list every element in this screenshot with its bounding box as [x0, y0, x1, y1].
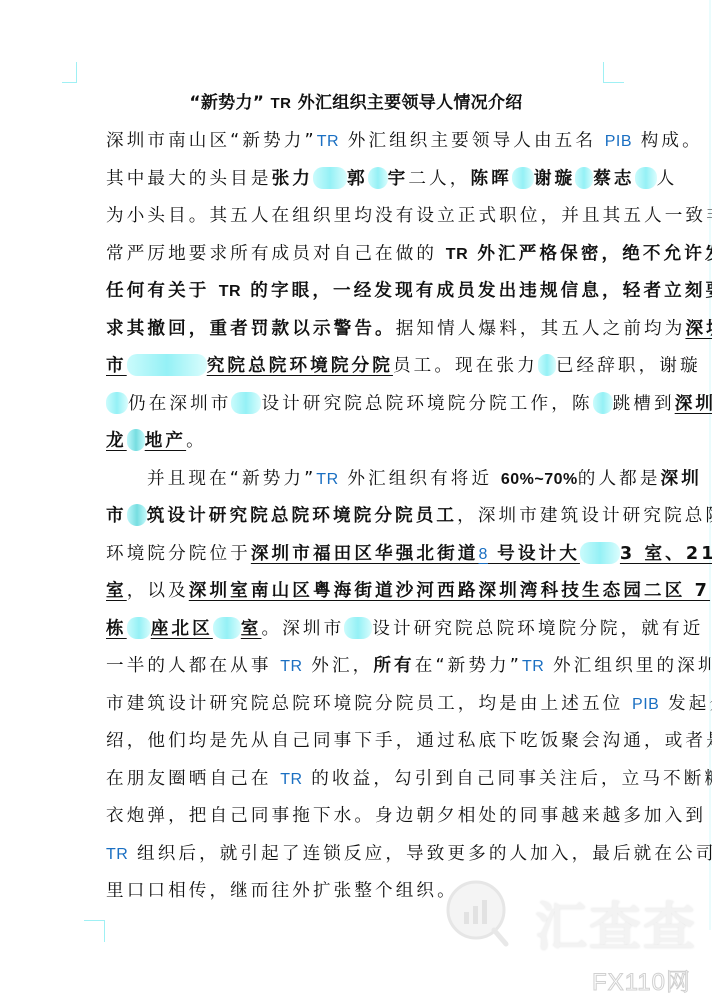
text-line: 常严厉地要求所有成员对自己在做的 TR 外汇严格保密，绝不允许发	[106, 236, 606, 274]
text-segment: 深圳市福田区华强北街道	[251, 544, 479, 564]
text-line: 龙地产。	[106, 423, 606, 461]
text-line: 为小头目。其五人在组织里均没有设立正式职位，并且其五人一致非	[106, 198, 606, 236]
text-segment: 深圳市南山区“新势力”	[106, 131, 317, 151]
text-segment: 在朋友圈晒自己在	[106, 769, 280, 789]
text-segment: 究院总院环境院分院	[207, 356, 393, 376]
text-segment: 室	[106, 581, 127, 601]
text-segment: 构成。	[632, 131, 703, 151]
text-segment: 设计研究院总院环境院分院，就有近	[372, 619, 703, 639]
text-segment: 市建筑设计研究院总院环境院分院员工，均是由上述五位	[106, 694, 632, 714]
text-segment: 组织后，就引起了连锁反应，导致更多的人加入，最后就在公司	[128, 844, 712, 864]
redaction-blur	[127, 429, 145, 451]
text-segment: 人	[657, 169, 678, 189]
redaction-blur	[106, 392, 128, 414]
text-segment: 里口口相传，继而往外扩张整个组织。	[106, 881, 458, 901]
text-segment: 市	[106, 506, 127, 526]
text-segment: 地产	[145, 431, 186, 451]
text-segment: 求其撤回，重者罚款以示警告。	[106, 319, 396, 339]
text-segment: 龙	[106, 431, 127, 451]
text-segment: 所有	[373, 656, 414, 676]
text-segment: 外汇组织有将近	[339, 469, 501, 489]
text-line: 深圳市南山区“新势力”TR 外汇组织主要领导人由五名 PIB 构成。	[106, 123, 606, 161]
text-segment: 市	[106, 356, 127, 376]
text-segment: 员工。现在张力	[393, 356, 538, 376]
text-segment: 陈晖	[470, 169, 511, 189]
redaction-blur	[635, 167, 657, 189]
latin-term: TR	[219, 283, 241, 300]
margin-corner-top-left	[62, 62, 77, 83]
text-segment: ，深圳市建筑设计研究院总院	[457, 506, 712, 526]
text-segment: 深圳室南山区粤海街道沙河西路深圳湾科技生态园二区 7	[189, 581, 710, 601]
text-line: 仍在深圳市设计研究院总院环境院分院工作，陈跳槽到深圳	[106, 386, 606, 424]
latin-term: TR	[106, 846, 128, 863]
text-segment: 的收益，勾引到自己同事关注后，立马不断糖	[303, 769, 712, 789]
text-segment: 张力	[272, 169, 313, 189]
text-segment: 栋	[106, 619, 127, 639]
text-segment: 深圳	[675, 394, 712, 414]
text-line: 室，以及深圳室南山区粤海街道沙河西路深圳湾科技生态园二区 7	[106, 573, 606, 611]
text-segment: 发起介	[659, 694, 712, 714]
paragraph-1: 深圳市南山区“新势力”TR 外汇组织主要领导人由五名 PIB 构成。其中最大的头…	[106, 123, 606, 461]
latin-term: TR	[317, 133, 339, 150]
latin-term: TR	[522, 658, 544, 675]
latin-term: PIB	[605, 133, 632, 150]
latin-term: 8	[479, 546, 488, 563]
text-segment: 深圳	[685, 319, 712, 339]
document-body: 深圳市南山区“新势力”TR 外汇组织主要领导人由五名 PIB 构成。其中最大的头…	[106, 123, 606, 911]
text-segment: 绍，他们均是先从自己同事下手，通过私底下吃饭聚会沟通，或者是	[106, 731, 712, 751]
text-segment: 外汇组织里的深圳	[544, 656, 712, 676]
text-segment: 任何有关于	[106, 281, 219, 301]
text-segment: 的字眼，一经发现有成员发出违规信息，轻者立刻要	[241, 281, 712, 301]
latin-term: TR	[280, 658, 302, 675]
text-segment: 衣炮弹，把自己同事拖下水。身边朝夕相处的同事越来越多加入到	[106, 806, 706, 826]
text-segment: ，以及	[127, 581, 189, 601]
redaction-blur	[213, 617, 241, 639]
text-segment: 深圳	[661, 469, 702, 489]
text-segment: 号设计大	[488, 544, 580, 564]
text-line: 市筑设计研究院总院环境院分院员工，深圳市建筑设计研究院总院	[106, 498, 606, 536]
text-segment: 二人，	[408, 169, 470, 189]
watermark-text: 汇查查	[535, 885, 697, 960]
text-segment: 的人都是	[578, 469, 661, 489]
text-segment: 在“新势力”	[415, 656, 522, 676]
text-segment: 仍在深圳市	[128, 394, 231, 414]
document-title: “新势力” TR 外汇组织主要领导人情况介绍	[0, 88, 712, 113]
latin-term: 60%~70%	[501, 471, 578, 488]
text-segment: 外汇组织主要领导人由五名	[339, 131, 605, 151]
paragraph-2: 并且现在“新势力”TR 外汇组织有将近 60%~70%的人都是深圳市筑设计研究院…	[106, 461, 606, 911]
text-segment: 为小头目。其五人在组织里均没有设立正式职位，并且其五人一致非	[106, 206, 712, 226]
text-line: 任何有关于 TR 的字眼，一经发现有成员发出违规信息，轻者立刻要	[106, 273, 606, 311]
redaction-blur	[512, 167, 534, 189]
redaction-blur	[593, 392, 613, 414]
text-segment: 。深圳市	[262, 619, 345, 639]
redaction-blur	[313, 167, 347, 189]
text-segment: 郭	[347, 169, 368, 189]
text-segment: 3 室、2108	[620, 544, 712, 564]
redaction-blur	[580, 542, 620, 564]
redaction-blur	[344, 617, 372, 639]
text-line: 一半的人都在从事 TR 外汇，所有在“新势力”TR 外汇组织里的深圳	[106, 648, 606, 686]
text-segment: 。	[186, 431, 207, 451]
latin-term: TR	[280, 771, 302, 788]
text-segment: 并且现在“新势力”	[147, 469, 316, 489]
text-line: 市究院总院环境院分院员工。现在张力已经辞职，谢璇	[106, 348, 606, 386]
text-line: 栋座北区室。深圳市设计研究院总院环境院分院，就有近	[106, 611, 606, 649]
text-segment: 设计研究院总院环境院分院工作，陈	[261, 394, 592, 414]
text-segment: 宇	[388, 169, 409, 189]
text-segment: 谢璇	[534, 169, 575, 189]
redaction-blur	[127, 617, 151, 639]
text-segment: 一半的人都在从事	[106, 656, 280, 676]
text-line: 求其撤回，重者罚款以示警告。据知情人爆料，其五人之前均为深圳	[106, 311, 606, 349]
title-quoted-name: “新势力”	[189, 93, 264, 113]
text-segment: 跳槽到	[613, 394, 675, 414]
redaction-blur	[231, 392, 261, 414]
text-segment: 常严厉地要求所有成员对自己在做的	[106, 244, 446, 264]
text-segment: 外汇，	[303, 656, 374, 676]
text-segment: 已经辞职，谢璇	[556, 356, 701, 376]
redaction-blur	[127, 354, 207, 376]
title-latin: TR	[270, 95, 291, 112]
latin-term: TR	[316, 471, 338, 488]
watermark-site: FX110网	[592, 962, 691, 997]
text-line: TR 组织后，就引起了连锁反应，导致更多的人加入，最后就在公司	[106, 836, 606, 874]
redaction-blur	[538, 354, 556, 376]
text-line: 衣炮弹，把自己同事拖下水。身边朝夕相处的同事越来越多加入到	[106, 798, 606, 836]
text-segment: 座北区	[151, 619, 213, 639]
latin-term: PIB	[632, 696, 659, 713]
latin-term: TR	[446, 246, 468, 263]
text-line: 绍，他们均是先从自己同事下手，通过私底下吃饭聚会沟通，或者是	[106, 723, 606, 761]
redaction-blur	[127, 504, 147, 526]
page-edge	[709, 0, 711, 930]
title-rest: 外汇组织主要领导人情况介绍	[298, 93, 523, 113]
margin-corner-bottom-left	[84, 920, 105, 942]
text-segment: 外汇严格保密，绝不允许发	[468, 244, 712, 264]
margin-corner-top-right	[603, 62, 624, 83]
text-segment: 据知情人爆料，其五人之前均为	[396, 319, 686, 339]
text-line: 在朋友圈晒自己在 TR 的收益，勾引到自己同事关注后，立马不断糖	[106, 761, 606, 799]
text-line: 环境院分院位于深圳市福田区华强北街道8 号设计大3 室、2108	[106, 536, 606, 574]
text-segment: 蔡志	[593, 169, 634, 189]
text-line: 市建筑设计研究院总院环境院分院员工，均是由上述五位 PIB 发起介	[106, 686, 606, 724]
text-line: 并且现在“新势力”TR 外汇组织有将近 60%~70%的人都是深圳	[106, 461, 606, 499]
text-segment: 其中最大的头目是	[106, 169, 272, 189]
text-line: 其中最大的头目是张力郭宇二人，陈晖谢璇蔡志人	[106, 161, 606, 199]
redaction-blur	[575, 167, 593, 189]
redaction-blur	[368, 167, 388, 189]
text-segment: 筑设计研究院总院环境院分院员工	[147, 506, 457, 526]
text-segment: 室	[241, 619, 262, 639]
text-segment: 环境院分院位于	[106, 544, 251, 564]
